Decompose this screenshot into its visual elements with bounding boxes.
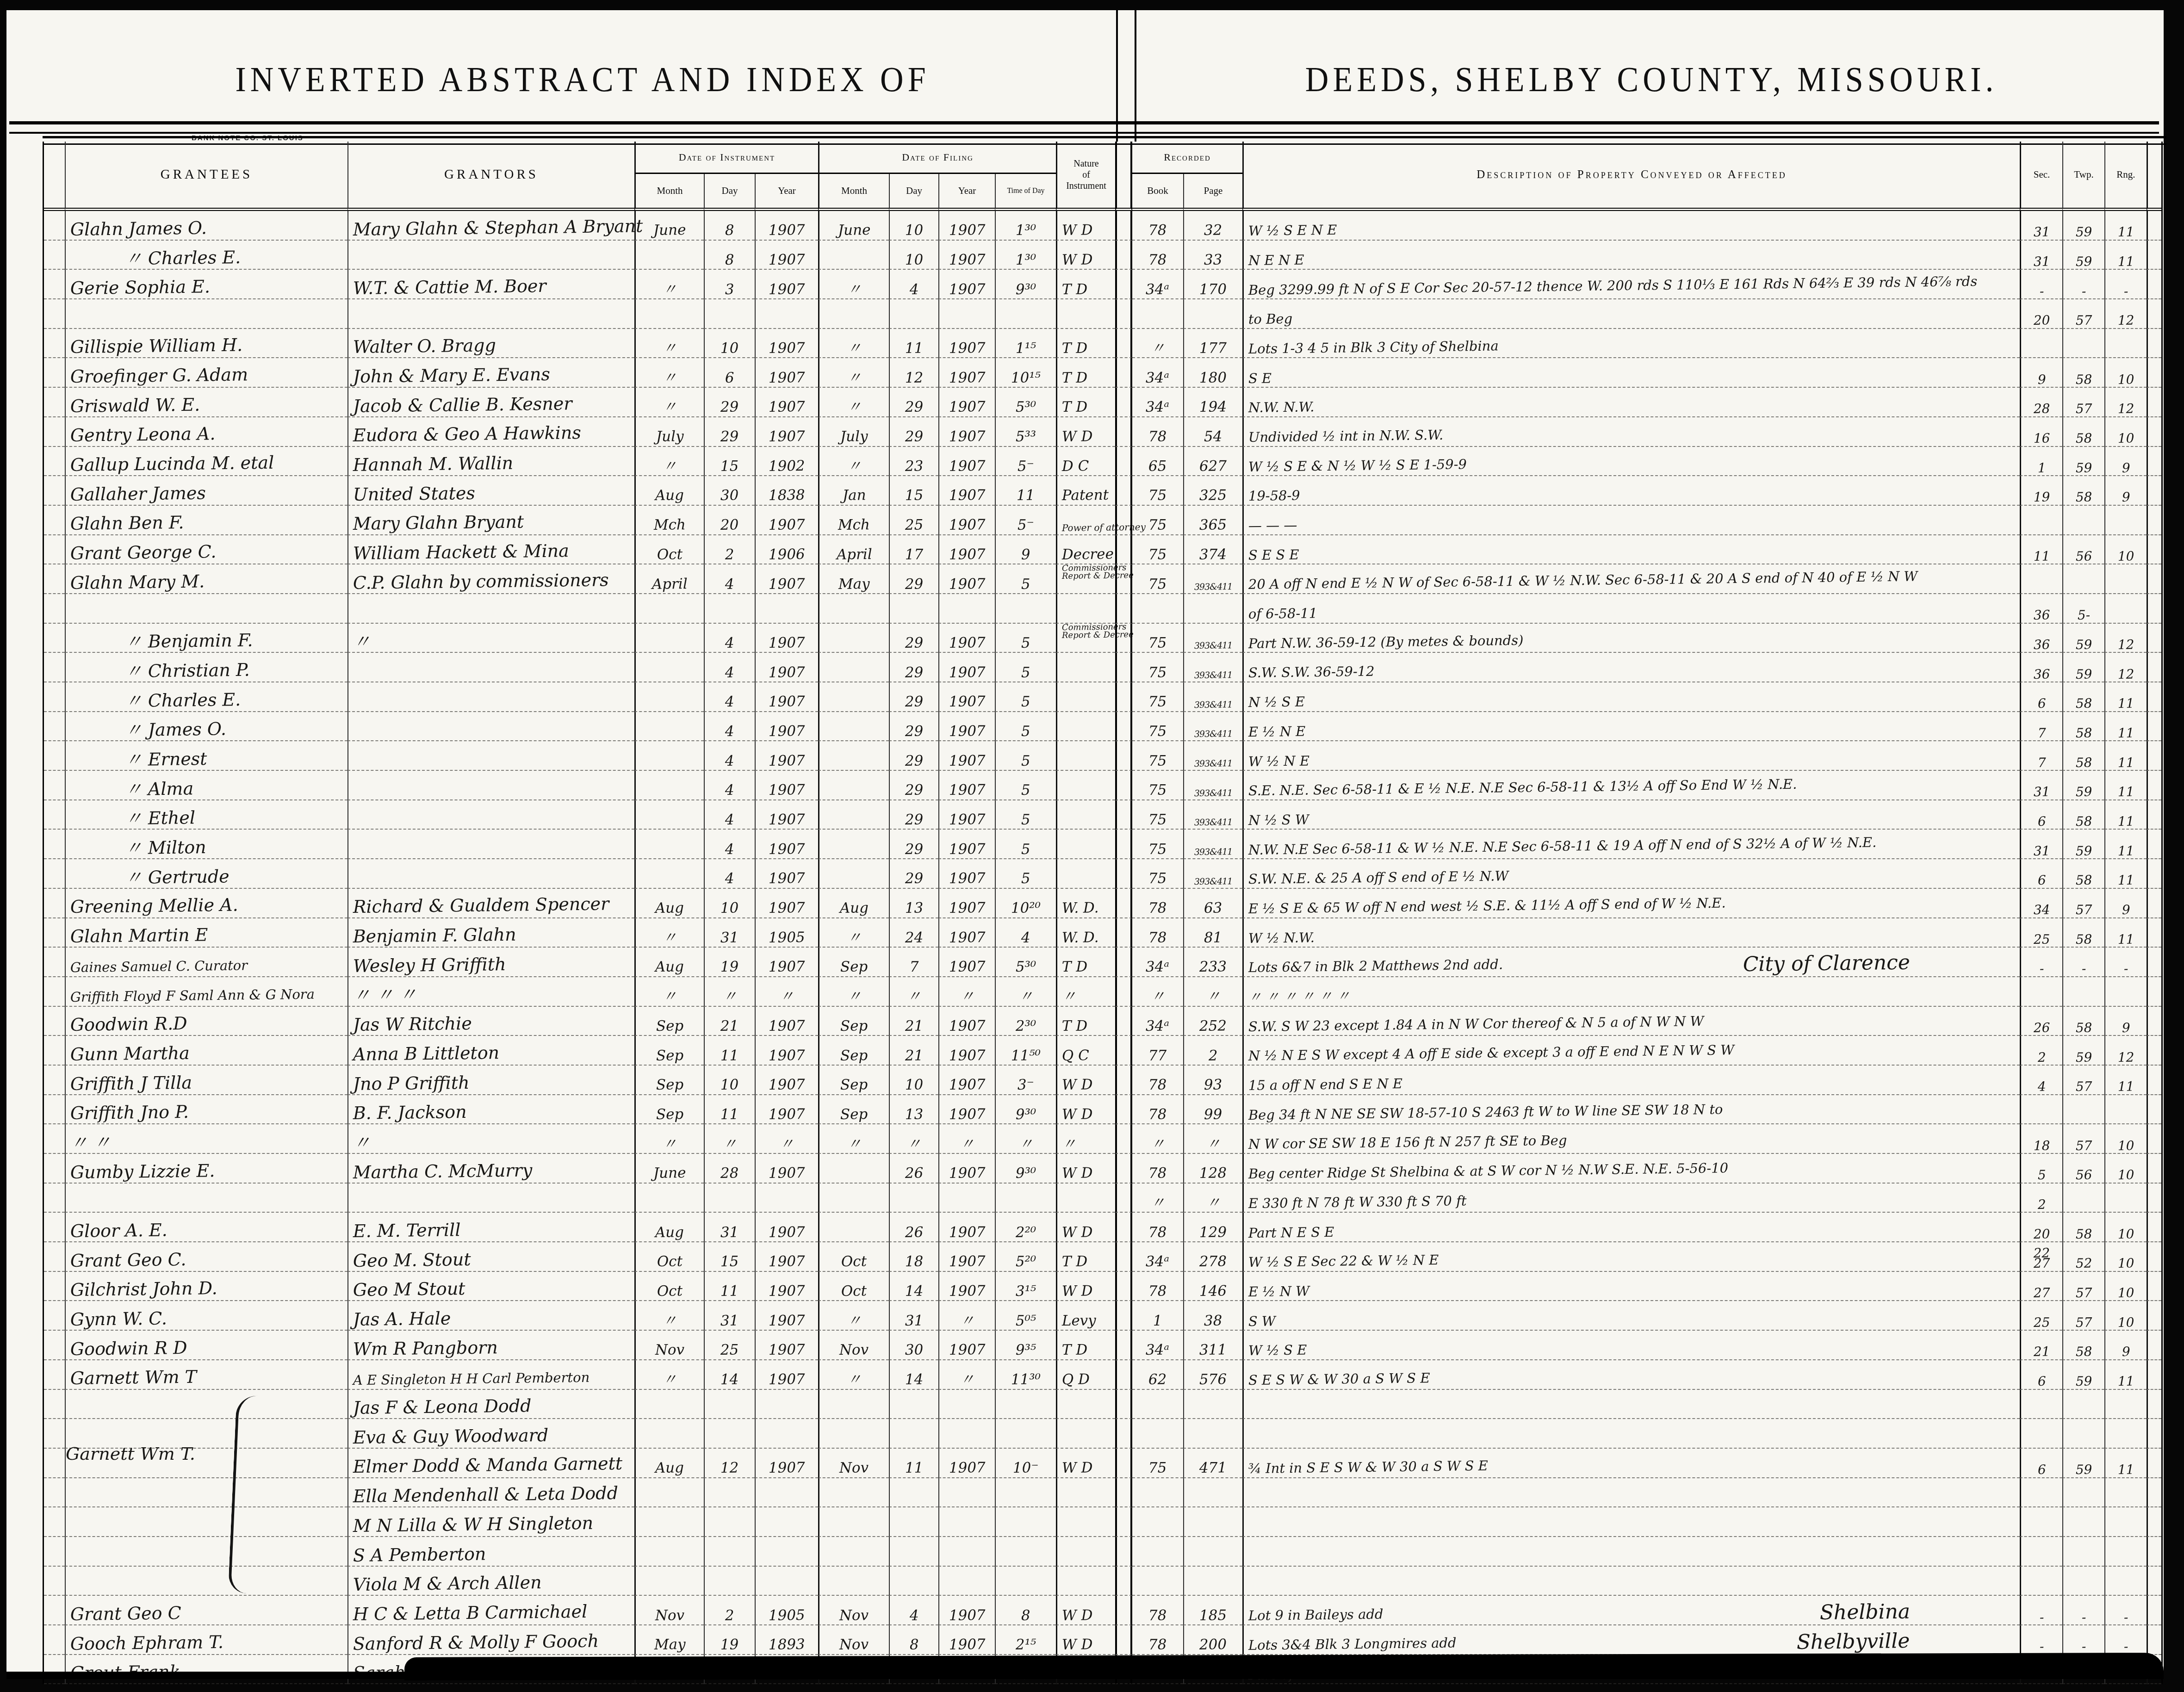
cell-description-text: Undivided ½ int in N.W. S.W. [1248, 429, 1444, 444]
cell-filing-year: 〃 [938, 977, 995, 1007]
cell-inst-year-text: 1907 [769, 430, 805, 444]
cell-inst-year: 1907 [755, 1272, 818, 1302]
cell-inst-year-text: 1905 [769, 931, 805, 945]
cell-grantee: Gaines Samuel C. Curator [65, 948, 347, 977]
cell-twp-text: 58 [2075, 728, 2092, 739]
cell-filing-month: Sep [818, 1007, 889, 1036]
cell-twp: 59 [2062, 241, 2104, 270]
cell-filing-year-text: 1907 [949, 813, 985, 827]
cell-filing-day: 10 [889, 241, 938, 270]
cell-inst-day: 29 [704, 388, 755, 417]
cell-inst-month: Sep [634, 1066, 704, 1095]
cell-filing-time [995, 1567, 1056, 1596]
cell-inst-year: 1907 [755, 1036, 818, 1066]
cell-page-text: 393&411 [1194, 789, 1233, 798]
cell-twp: 59 [2062, 447, 2104, 477]
cell-rng: 10 [2104, 1213, 2147, 1242]
cell-sec [2020, 506, 2062, 535]
row-margin-left [44, 1036, 65, 1066]
cell-inst-month [634, 830, 704, 859]
cell-filing-month [818, 682, 889, 712]
cell-book-text: 75 [1148, 695, 1167, 709]
cell-filing-time-text: 5 [1021, 577, 1030, 591]
cell-twp: 59 [2062, 1449, 2104, 1478]
cell-grantor: 〃 [347, 1124, 634, 1154]
page-fold [1115, 1154, 1132, 1184]
cell-inst-year-text: 1907 [769, 1314, 805, 1328]
row-margin-left [44, 447, 65, 477]
cell-page-text: 393&411 [1194, 730, 1233, 738]
cell-grantor [347, 1184, 634, 1213]
cell-grantee: 〃 〃 [65, 1124, 347, 1154]
cell-filing-month: 〃 [818, 977, 889, 1007]
cell-grantee: Griswald W. E. [65, 388, 347, 417]
cell-grantor: Jas A. Hale [347, 1301, 634, 1331]
cell-grantee: Gunn Martha [65, 1036, 347, 1066]
cell-inst-year-text: 1907 [769, 1461, 805, 1475]
cell-sec: 22 27 [2020, 1242, 2062, 1272]
cell-nature: W D [1056, 1272, 1115, 1302]
row-margin-left [44, 1507, 65, 1537]
cell-nature-text: Q C [1062, 1049, 1089, 1063]
cell-filing-year: 1907 [938, 1066, 995, 1095]
cell-sec-text: 6 [2037, 1465, 2046, 1475]
cell-filing-year-text: 1907 [949, 1108, 985, 1122]
cell-inst-year-text: 1907 [769, 636, 805, 650]
cell-twp-text: 58 [2075, 699, 2092, 709]
cell-filing-time [995, 1419, 1056, 1449]
cell-twp-text: 57 [2075, 1140, 2092, 1151]
cell-inst-year-text: 1907 [769, 1049, 805, 1063]
row-margin-right [2147, 476, 2161, 506]
cell-page-text: 576 [1199, 1373, 1227, 1387]
cell-description-text: N.W. N.E Sec 6-58-11 & W ½ N.E. N.E Sec … [1248, 836, 1877, 856]
cell-inst-day-text: 11 [720, 1108, 739, 1122]
cell-filing-time: 2³⁰ [995, 1007, 1056, 1036]
header-filing-day: Day [889, 174, 938, 211]
header-page: Page [1183, 174, 1242, 211]
cell-grantee: Grant George C. [65, 535, 347, 565]
cell-filing-time: 9 [995, 535, 1056, 565]
grantee-name: Garnett Wm T. [66, 1444, 195, 1464]
cell-filing-year [938, 1507, 995, 1537]
cell-book: 〃 [1132, 329, 1183, 359]
cell-filing-time-text: 2²⁰ [1015, 1226, 1036, 1240]
cell-filing-year-text: 1907 [949, 783, 985, 797]
page-fold [1115, 712, 1132, 742]
cell-twp [2062, 1390, 2104, 1419]
cell-nature: Q D [1056, 1360, 1115, 1390]
cell-inst-year-text: 1893 [769, 1638, 805, 1652]
cell-filing-year-text: 1907 [949, 253, 985, 267]
cell-description: N.W. N.E Sec 6-58-11 & W ½ N.E. N.E Sec … [1242, 830, 2020, 859]
cell-inst-month: Aug [634, 476, 704, 506]
cell-page-text: 311 [1199, 1344, 1227, 1357]
cell-rng: 11 [2104, 859, 2147, 889]
cell-book-text: 75 [1148, 666, 1167, 680]
cell-twp: 52 [2062, 1242, 2104, 1272]
row-margin-right [2147, 830, 2161, 859]
cell-sec: - [2020, 948, 2062, 977]
page-fold [1115, 859, 1132, 889]
cell-filing-day-text: 15 [905, 489, 923, 503]
cell-description: Undivided ½ int in N.W. S.W. [1242, 417, 2020, 447]
cell-page-text: 393&411 [1194, 700, 1233, 709]
cell-filing-day: 26 [889, 1154, 938, 1184]
cell-inst-year: 1907 [755, 388, 818, 417]
cell-page: 393&411 [1183, 712, 1242, 742]
cell-filing-time-text: 9³⁰ [1015, 1167, 1036, 1181]
cell-filing-year-text: 1907 [949, 341, 985, 355]
cell-filing-day [889, 1507, 938, 1537]
cell-nature: Power of attorney [1056, 506, 1115, 535]
cell-grantee [65, 1567, 347, 1596]
cell-grantor-text: Viola M & Arch Allen [353, 1574, 542, 1593]
cell-filing-day: 〃 [889, 1124, 938, 1154]
cell-nature: T D [1056, 329, 1115, 359]
cell-filing-year-text: 1907 [949, 1019, 985, 1033]
cell-inst-year: 1907 [755, 211, 818, 241]
cell-filing-day-text: 29 [905, 813, 923, 827]
row-margin-left [44, 358, 65, 388]
cell-grantee-text: Goodwin R D [70, 1339, 187, 1357]
cell-twp: 58 [2062, 417, 2104, 447]
cell-inst-day: 10 [704, 329, 755, 359]
cell-filing-time: 10²⁰ [995, 889, 1056, 918]
cell-sec-text: 36 [2033, 639, 2050, 650]
cell-sec: 11 [2020, 535, 2062, 565]
cell-filing-year: 1907 [938, 624, 995, 653]
cell-inst-month-text: June [653, 1166, 686, 1180]
cell-inst-day-text: 25 [720, 1344, 739, 1357]
cell-sec-text: 28 [2033, 404, 2050, 415]
row-margin-left [44, 1331, 65, 1360]
cell-grantee: Gilchrist John D. [65, 1272, 347, 1302]
cell-inst-year [755, 1478, 818, 1508]
page-fold [1115, 270, 1132, 299]
cell-inst-month: May [634, 1625, 704, 1655]
cell-inst-month: June [634, 1154, 704, 1184]
cell-filing-time: 1¹⁵ [995, 329, 1056, 359]
cell-inst-month [634, 1184, 704, 1213]
cell-inst-month-text: 〃 [663, 283, 677, 297]
cell-page-text: 393&411 [1194, 583, 1233, 591]
cell-inst-day-text: 4 [725, 754, 734, 768]
cell-description: N ½ S E [1242, 682, 2020, 712]
cell-description: S E [1242, 358, 2020, 388]
cell-description: N ½ N E S W except 4 A off E side & exce… [1242, 1036, 2020, 1066]
cell-filing-time: 5 [995, 624, 1056, 653]
cell-grantee-text: Grant Geo C [70, 1605, 181, 1623]
cell-inst-year: 1907 [755, 741, 818, 771]
cell-page-text: 252 [1199, 1019, 1227, 1033]
row-margin-left [44, 741, 65, 771]
header-grantees: GRANTEES [65, 142, 347, 211]
cell-grantee-text: Griswald W. E. [70, 396, 200, 415]
row-margin-right [2147, 535, 2161, 565]
cell-grantee-text: 〃 Alma [125, 780, 194, 798]
cell-inst-day: 4 [704, 624, 755, 653]
row-margin-left [44, 594, 65, 624]
row-margin-right [2147, 506, 2161, 535]
cell-book [1132, 299, 1183, 329]
cell-inst-year: 1907 [755, 682, 818, 712]
cell-inst-day: 14 [704, 1360, 755, 1390]
cell-nature-text: T D [1062, 1344, 1088, 1357]
title-rule [9, 121, 2159, 134]
cell-nature-text: W D [1062, 1078, 1093, 1092]
cell-inst-day-text: 4 [725, 666, 734, 680]
cell-rng: 10 [2104, 1124, 2147, 1154]
cell-filing-day: 29 [889, 830, 938, 859]
cell-inst-day [704, 1390, 755, 1419]
cell-filing-day: 13 [889, 1095, 938, 1125]
cell-filing-year-text: 1907 [949, 1343, 985, 1357]
row-margin-right [2147, 1007, 2161, 1036]
cell-filing-year [938, 299, 995, 329]
cell-inst-year [755, 594, 818, 624]
page-fold [1115, 1242, 1132, 1272]
cell-rng [2104, 594, 2147, 624]
cell-inst-month-text: Sep [656, 1108, 683, 1122]
page-fold [1115, 800, 1132, 830]
cell-nature-text: W D [1062, 1108, 1093, 1122]
cell-page: 200 [1183, 1625, 1242, 1655]
cell-page-text: 170 [1199, 283, 1227, 297]
cell-filing-day-text: 24 [905, 931, 923, 945]
cell-book: 75 [1132, 771, 1183, 800]
cell-description-text: Lot 9 in Baileys add [1248, 1608, 1384, 1623]
cell-inst-day-text: 2 [725, 1609, 734, 1623]
cell-filing-month: June [818, 211, 889, 241]
cell-inst-year [755, 1507, 818, 1537]
cell-page-text: 〃 [1206, 990, 1220, 1004]
header-description: Description of Property Conveyed or Affe… [1242, 142, 2020, 211]
header-book: Book [1132, 174, 1183, 211]
cell-inst-month [634, 1478, 704, 1508]
cell-sec: 9 [2020, 358, 2062, 388]
cell-filing-day-text: 〃 [907, 990, 921, 1004]
cell-twp [2062, 1478, 2104, 1508]
cell-grantor: M N Lilla & W H Singleton [347, 1507, 634, 1537]
page-fold [1115, 1390, 1132, 1419]
cell-twp: - [2062, 1625, 2104, 1655]
cell-book: 75 [1132, 476, 1183, 506]
cell-filing-month: Jan [818, 476, 889, 506]
cell-nature [1056, 1507, 1115, 1537]
cell-grantee: Griffith J Tilla [65, 1066, 347, 1095]
cell-inst-day: 6 [704, 358, 755, 388]
cell-page-text: 393&411 [1194, 877, 1233, 886]
cell-grantee: Griffith Floyd F Saml Ann & G Nora [65, 977, 347, 1007]
cell-inst-day-text: 4 [725, 695, 734, 709]
cell-filing-day [889, 594, 938, 624]
cell-inst-day: 4 [704, 741, 755, 771]
cell-filing-time-text: 5 [1021, 843, 1030, 856]
cell-rng: 10 [2104, 1242, 2147, 1272]
cell-filing-month-text: 〃 [847, 371, 861, 385]
cell-inst-year: 1907 [755, 1066, 818, 1095]
cell-rng [2104, 1567, 2147, 1596]
cell-inst-year-text: 1907 [769, 813, 805, 827]
page-fold [1115, 211, 1132, 241]
cell-grantee-text: 〃 Charles E. [125, 691, 241, 709]
page-title-right: DEEDS, SHELBY COUNTY, MISSOURI. [1135, 53, 2167, 108]
header-nature: Nature of Instrument [1056, 142, 1115, 211]
cell-inst-month-text: Oct [657, 548, 683, 562]
cell-sec: 31 [2020, 211, 2062, 241]
row-margin-right [2147, 1449, 2161, 1478]
cell-sec-text: 26 [2033, 1023, 2050, 1033]
row-margin-left [44, 859, 65, 889]
cell-grantor: William Hackett & Mina [347, 535, 634, 565]
cell-inst-year-text: 〃 [780, 990, 794, 1004]
cell-sec [2020, 1095, 2062, 1125]
cell-description-text: N.W. N.W. [1248, 401, 1315, 415]
cell-description-text: 15 a off N end S E N E [1248, 1078, 1403, 1092]
cell-filing-year-text: 1907 [949, 1284, 985, 1298]
cell-filing-time-text: 5³³ [1015, 430, 1036, 444]
cell-filing-year: 1907 [938, 712, 995, 742]
cell-nature [1056, 712, 1115, 742]
cell-filing-year-text: 1907 [949, 725, 985, 738]
cell-filing-time: 5 [995, 682, 1056, 712]
cell-rng [2104, 506, 2147, 535]
cell-filing-year-text: 1907 [949, 1049, 985, 1063]
cell-grantor-text: C.P. Glahn by commissioners [353, 571, 609, 591]
cell-inst-day: 15 [704, 1242, 755, 1272]
cell-nature: W D [1056, 1449, 1115, 1478]
cell-filing-day: 〃 [889, 977, 938, 1007]
cell-filing-time: 5⁰⁵ [995, 1301, 1056, 1331]
cell-filing-year: 1907 [938, 653, 995, 682]
cell-filing-month-text: June [838, 223, 870, 237]
cell-page: 393&411 [1183, 830, 1242, 859]
cell-book-text: 75 [1148, 725, 1167, 738]
row-margin-right [2147, 1036, 2161, 1066]
cell-filing-time: 5³³ [995, 417, 1056, 447]
cell-description-text: N ½ S E [1248, 696, 1305, 709]
cell-sec: 6 [2020, 800, 2062, 830]
cell-grantor: Mary Glahn Bryant [347, 506, 634, 535]
cell-sec: 5 [2020, 1154, 2062, 1184]
cell-filing-year-text: 1907 [949, 1226, 985, 1240]
cell-filing-day: 10 [889, 211, 938, 241]
cell-inst-day-text: 10 [720, 902, 739, 916]
cell-inst-day-text: 31 [720, 1226, 739, 1240]
cell-inst-month-text: Aug [655, 489, 684, 503]
cell-nature-text: T D [1062, 341, 1088, 355]
page-fold [1115, 682, 1132, 712]
cell-inst-month: Nov [634, 1596, 704, 1625]
cell-twp: 57 [2062, 388, 2104, 417]
cell-grantee-text: Grant Geo C. [70, 1251, 186, 1269]
row-margin-left [44, 241, 65, 270]
cell-page: 177 [1183, 329, 1242, 359]
cell-inst-year: 〃 [755, 1124, 818, 1154]
cell-rng-text: - [2123, 1642, 2128, 1652]
cell-filing-month-text: Aug [840, 901, 869, 915]
cell-book: 77 [1132, 1036, 1183, 1066]
cell-twp-text: 58 [2075, 875, 2092, 886]
cell-twp-text: - [2081, 1612, 2086, 1623]
cell-filing-month-text: Jan [842, 489, 866, 503]
cell-page: 185 [1183, 1596, 1242, 1625]
cell-description-text: S E [1248, 372, 1272, 385]
cell-rng [2104, 1184, 2147, 1213]
cell-inst-month-text: Nov [655, 1609, 684, 1623]
cell-filing-year-text: 1907 [949, 1166, 985, 1180]
cell-page: 129 [1183, 1213, 1242, 1242]
cell-page-text: 325 [1199, 489, 1227, 503]
cell-inst-day-text: 21 [720, 1019, 739, 1033]
cell-inst-year: 1907 [755, 889, 818, 918]
cell-page [1183, 1419, 1242, 1449]
cell-nature-text: Levy [1062, 1314, 1096, 1328]
cell-page-text: 393&411 [1194, 641, 1233, 650]
cell-filing-month-text: Nov [839, 1638, 869, 1652]
cell-inst-day-text: 31 [720, 1314, 739, 1328]
cell-filing-month [818, 771, 889, 800]
cell-description: S.W. N.E. & 25 A off S end of E ½ N.W [1242, 859, 2020, 889]
cell-book-text: 78 [1148, 430, 1167, 444]
cell-filing-time [995, 299, 1056, 329]
cell-description: to Beg [1242, 299, 2020, 329]
cell-grantor-text: B. F. Jackson [353, 1103, 467, 1122]
page-fold [1115, 1095, 1132, 1125]
cell-grantee-text: Gerie Sophia E. [70, 278, 211, 297]
cell-grantee: Gallup Lucinda M. etal [65, 447, 347, 477]
cell-page-text: 365 [1199, 518, 1227, 532]
cell-rng: 10 [2104, 417, 2147, 447]
cell-grantee: Griffith Jno P. [65, 1095, 347, 1125]
page-fold [1115, 1537, 1132, 1567]
cell-inst-day [704, 1567, 755, 1596]
cell-grantor: Benjamin F. Glahn [347, 918, 634, 948]
cell-filing-day: 10 [889, 1066, 938, 1095]
cell-grantor-text: S A Pemberton [353, 1545, 486, 1564]
row-margin-right [2147, 358, 2161, 388]
cell-grantor: Eva & Guy Woodward [347, 1419, 634, 1449]
cell-inst-year: 1907 [755, 712, 818, 742]
cell-grantee [65, 1507, 347, 1537]
cell-description-text: Part N E S E [1248, 1226, 1334, 1240]
cell-grantor: Martha C. McMurry [347, 1154, 634, 1184]
cell-filing-time-text: 5⁻ [1018, 519, 1034, 533]
cell-filing-day-text: 21 [905, 1049, 923, 1063]
cell-rng-text: 10 [2117, 434, 2134, 444]
page-fold [1115, 447, 1132, 477]
cell-description-text: N ½ N E S W except 4 A off E side & exce… [1248, 1044, 1734, 1063]
cell-rng-text: 11 [2117, 846, 2134, 856]
cell-filing-day-text: 26 [905, 1226, 923, 1240]
cell-filing-time: 9³⁰ [995, 1154, 1056, 1184]
cell-grantor-text: H C & Letta B Carmichael [353, 1603, 588, 1623]
cell-book: 75 [1132, 564, 1183, 594]
row-margin-right [2147, 1478, 2161, 1508]
cell-filing-time: 4 [995, 918, 1056, 948]
cell-grantee-text: Griffith Floyd F Saml Ann & G Nora [70, 988, 315, 1004]
cell-rng: 10 [2104, 358, 2147, 388]
cell-rng [2104, 1537, 2147, 1567]
cell-rng [2104, 329, 2147, 359]
cell-grantor-text: Jas W Ritchie [353, 1015, 472, 1033]
cell-description-text: Beg center Ridge St Shelbina & at S W co… [1248, 1162, 1728, 1180]
cell-inst-day-text: 3 [725, 283, 734, 297]
cell-page-text: 81 [1204, 931, 1222, 945]
cell-filing-day: 21 [889, 1036, 938, 1066]
cell-filing-time-text: 5 [1021, 813, 1030, 827]
